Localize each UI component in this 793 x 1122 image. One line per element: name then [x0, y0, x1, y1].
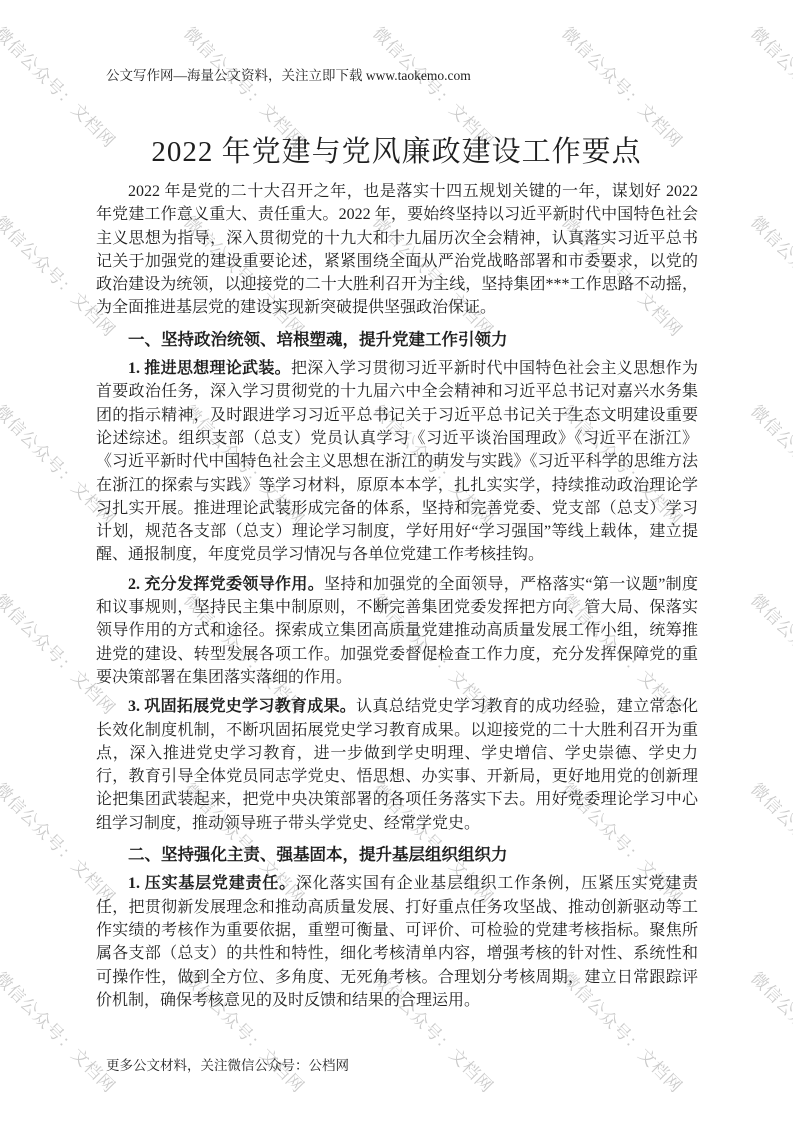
watermark-text: 微信公众号：文档网 — [746, 398, 793, 530]
paragraph: 1. 压实基层党建责任。深化落实国有企业基层组织工作条例，压紧压实党建责任，把贯… — [96, 872, 698, 1012]
header-note: 公文写作网—海量公文资料，关注立即下载 www.taokemo.com — [106, 66, 471, 86]
watermark-text: 微信公众号：文档网 — [746, 776, 793, 908]
paragraph-lead: 3. 巩固拓展党史学习教育成果。 — [128, 698, 356, 715]
paragraph-text: 深化落实国有企业基层组织工作条例，压紧压实党建责任，把贯彻新发展理念和推动高质量… — [96, 875, 698, 1008]
section-2-heading: 二、坚持强化主责、强基固本，提升基层组织组织力 — [96, 843, 698, 866]
paragraph-text: 认真总结党史学习教育的成功经验，建立常态化长效化制度机制，不断巩固拓展党史学习教… — [96, 698, 698, 831]
paragraph-text: 把深入学习贯彻习近平新时代中国特色社会主义思想作为首要政治任务，深入学习贯彻党的… — [96, 360, 698, 563]
paragraph-lead: 1. 压实基层党建责任。 — [128, 875, 296, 892]
paragraph: 3. 巩固拓展党史学习教育成果。认真总结党史学习教育的成功经验，建立常态化长效化… — [96, 695, 698, 835]
document-title: 2022 年党建与党风廉政建设工作要点 — [0, 131, 793, 173]
watermark-text: 微信公众号：文档网 — [746, 965, 793, 1097]
footer-note: 更多公文材料，关注微信公众号：公档网 — [106, 1056, 349, 1076]
paragraph: 2. 充分发挥党委领导作用。坚持和加强党的全面领导，严格落实“第一议题”制度和议… — [96, 573, 698, 689]
intro-paragraph: 2022 年是党的二十大召开之年，也是落实十四五规划关键的一年，谋划好 2022… — [96, 180, 698, 320]
paragraph: 1. 推进思想理论武装。把深入学习贯彻习近平新时代中国特色社会主义思想作为首要政… — [96, 357, 698, 567]
watermark-text: 微信公众号：文档网 — [746, 209, 793, 341]
watermark-text: 微信公众号：文档网 — [746, 587, 793, 719]
document-page: 微信公众号：文档网微信公众号：文档网微信公众号：文档网微信公众号：文档网微信公众… — [0, 0, 793, 1122]
section-1-heading: 一、坚持政治统领、培根塑魂，提升党建工作引领力 — [96, 328, 698, 351]
paragraph-lead: 2. 充分发挥党委领导作用。 — [128, 576, 324, 593]
paragraph-lead: 1. 推进思想理论武装。 — [128, 360, 291, 377]
document-body: 2022 年是党的二十大召开之年，也是落实十四五规划关键的一年，谋划好 2022… — [96, 180, 698, 1018]
